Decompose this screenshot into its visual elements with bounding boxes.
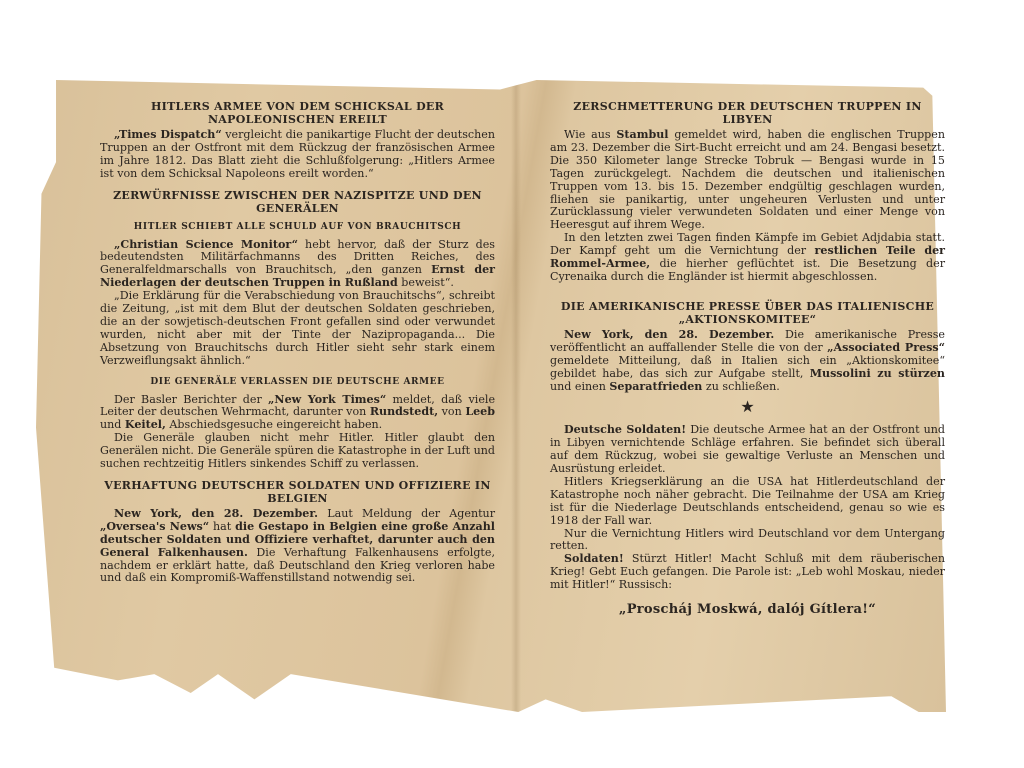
paragraph: Soldaten! Stürzt Hitler! Macht Schluß mi…: [550, 553, 945, 592]
paragraph: In den letzten zwei Tagen finden Kämpfe …: [550, 232, 945, 284]
emphasis: Stambul: [616, 128, 668, 141]
article-belgium-arrests: VERHAFTUNG DEUTSCHER SOLDATEN UND OFFIZI…: [100, 479, 495, 585]
paragraph: New York, den 28. Dezember. Laut Meldung…: [100, 508, 495, 585]
text: und: [100, 418, 125, 431]
source-name: „Christian Science Monitor“: [114, 238, 298, 251]
emphasis: Rundstedt,: [370, 405, 438, 418]
paragraph: Die Generäle glauben nicht mehr Hitler. …: [100, 432, 495, 471]
paragraph: Wie aus Stambul gemeldet wird, haben die…: [550, 129, 945, 232]
text: hat: [209, 520, 235, 533]
paragraph: „Christian Science Monitor“ hebt hervor,…: [100, 239, 495, 291]
heading: ZERSCHMETTERUNG DER DEUTSCHEN TRUPPEN IN…: [550, 100, 945, 126]
emphasis: Mussolini zu stürzen: [810, 367, 945, 380]
paragraph: „Times Dispatch“ vergleicht die panikart…: [100, 129, 495, 181]
text: zu schließen.: [702, 380, 779, 393]
subheading: DIE GENERÄLE VERLASSEN DIE DEUTSCHE ARME…: [100, 376, 495, 389]
text: gemeldet wird, haben die englischen Trup…: [550, 128, 945, 231]
text: Laut Meldung der Agentur: [318, 507, 495, 520]
emphasis: Separatfrieden: [609, 380, 702, 393]
right-page: ZERSCHMETTERUNG DER DEUTSCHEN TRUPPEN IN…: [550, 100, 945, 625]
text: Der Basler Berichter der: [114, 393, 268, 406]
paragraph: Der Basler Berichter der „New York Times…: [100, 394, 495, 433]
slogan: „Proscháj Moskwá, dalój Gítlera!“: [550, 604, 945, 617]
appeal-to-soldiers: Deutsche Soldaten! Die deutsche Armee ha…: [550, 424, 945, 617]
paragraph: Hitlers Kriegserklärung an die USA hat H…: [550, 476, 945, 528]
article-generals-leave: DIE GENERÄLE VERLASSEN DIE DEUTSCHE ARME…: [100, 376, 495, 471]
article-generals-rift: ZERWÜRFNISSE ZWISCHEN DER NAZISPITZE UND…: [100, 189, 495, 368]
source-name: „Oversea's News“: [100, 520, 209, 533]
heading: HITLERS ARMEE VON DEM SCHICKSAL DER NAPO…: [100, 100, 495, 126]
text: Abschiedsgesuche eingereicht haben.: [166, 418, 382, 431]
center-fold: [511, 80, 521, 712]
left-page: HITLERS ARMEE VON DEM SCHICKSAL DER NAPO…: [100, 100, 495, 593]
star-icon: ★: [550, 401, 945, 414]
source-name: „Associated Press“: [827, 341, 945, 354]
article-napoleon: HITLERS ARMEE VON DEM SCHICKSAL DER NAPO…: [100, 100, 495, 181]
emphasis: Leeb: [465, 405, 495, 418]
source-name: „Times Dispatch“: [114, 128, 222, 141]
dateline: New York, den 28. Dezember.: [564, 328, 774, 341]
emphasis: Deutsche Soldaten!: [564, 423, 686, 436]
text: Wie aus: [564, 128, 616, 141]
paragraph: New York, den 28. Dezember. Die amerikan…: [550, 329, 945, 394]
text: von: [438, 405, 465, 418]
text: beweist“.: [398, 276, 454, 289]
article-libya: ZERSCHMETTERUNG DER DEUTSCHEN TRUPPEN IN…: [550, 100, 945, 284]
article-italian-committee: DIE AMERIKANISCHE PRESSE ÜBER DAS ITALIE…: [550, 300, 945, 394]
heading: DIE AMERIKANISCHE PRESSE ÜBER DAS ITALIE…: [550, 300, 945, 326]
dateline: New York, den 28. Dezember.: [114, 507, 318, 520]
text: und einen: [550, 380, 609, 393]
emphasis: Soldaten!: [564, 552, 624, 565]
heading: ZERWÜRFNISSE ZWISCHEN DER NAZISPITZE UND…: [100, 189, 495, 215]
paragraph: Nur die Vernichtung Hitlers wird Deutsch…: [550, 528, 945, 554]
paragraph: „Die Erklärung für die Verabschiedung vo…: [100, 290, 495, 367]
paragraph: Deutsche Soldaten! Die deutsche Armee ha…: [550, 424, 945, 476]
heading: VERHAFTUNG DEUTSCHER SOLDATEN UND OFFIZI…: [100, 479, 495, 505]
emphasis: Keitel,: [125, 418, 166, 431]
source-name: „New York Times“: [268, 393, 386, 406]
subheading: HITLER SCHIEBT ALLE SCHULD AUF VON BRAUC…: [100, 221, 495, 234]
